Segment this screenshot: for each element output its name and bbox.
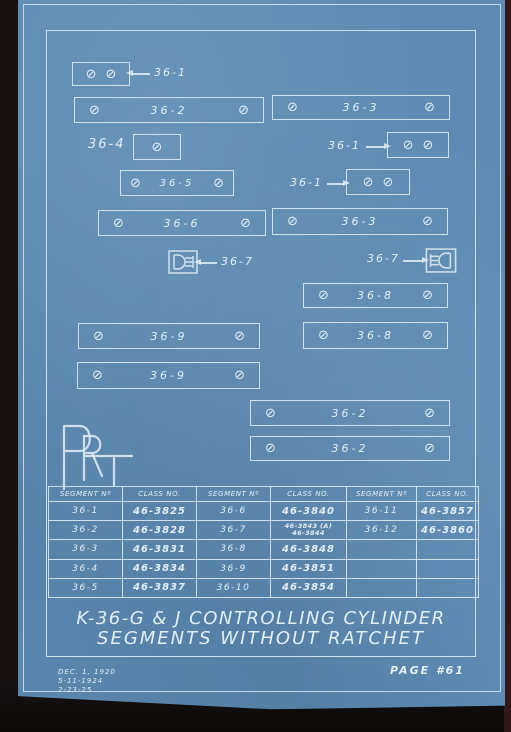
bolt-hole-icon: ⊘: [240, 217, 251, 230]
segment-bar-36-9: ⊘ 36-9 ⊘: [78, 323, 260, 349]
callout-36-4: 36-4: [88, 137, 126, 152]
bolt-hole-icon: ⊘: [92, 369, 103, 382]
segment-no: 36-4: [49, 559, 123, 578]
class-no: 46-3843 (A) 46-3844: [271, 521, 347, 540]
segment-bar-36-2: ⊘ 36-2 ⊘: [250, 436, 450, 461]
bolt-hole-icon: ⊘: [318, 289, 329, 302]
segment-end-piece: ⊘ ⊘: [387, 132, 449, 158]
class-no: 46-3825: [123, 502, 197, 521]
bolt-hole-icon: ⊘: [93, 330, 104, 343]
bolt-hole-icon: ⊘: [363, 176, 374, 189]
table-row: 36-3 46-3831 36-8 46-3848: [49, 540, 479, 559]
bolt-hole-icon: ⊘: [89, 104, 100, 117]
revision-date: 5-11-1924: [58, 677, 116, 686]
leader-arrow: [132, 73, 150, 75]
callout-36-1: 36-1: [154, 66, 187, 79]
segment-label: 36-8: [329, 289, 422, 302]
segment-label: 36-3: [298, 215, 422, 228]
drawing-title: K-36-G & J CONTROLLING CYLINDER SEGMENTS…: [46, 609, 476, 649]
class-no: 46-3834: [123, 559, 197, 578]
segment-bar-36-2: ⊘ 36-2 ⊘: [250, 400, 450, 426]
segment-no: 36-7: [197, 521, 271, 540]
col-header: CLASS NO.: [123, 487, 197, 502]
segment-label: 36-5: [141, 178, 213, 189]
segment-no: 36-12: [347, 521, 417, 540]
callout-36-1: 36-1: [328, 139, 361, 152]
segment-bar-36-5: ⊘ 36-5 ⊘: [120, 170, 234, 196]
bolt-hole-icon: ⊘: [86, 68, 97, 81]
segment-label: 36-3: [298, 101, 424, 114]
segment-label: 36-6: [124, 217, 240, 230]
segment-bar-36-3: ⊘ 36-3 ⊘: [272, 95, 450, 120]
leader-arrow: [366, 146, 385, 148]
table-row: 36-1 46-3825 36-6 46-3840 36-11 46-3857: [49, 502, 479, 521]
bolt-hole-icon: ⊘: [265, 407, 276, 420]
table-row: 36-5 46-3837 36-10 46-3854: [49, 578, 479, 597]
col-header: SEGMENT Nº: [347, 487, 417, 502]
segment-label: 36-8: [329, 329, 422, 342]
title-line-1: K-36-G & J CONTROLLING CYLINDER: [46, 609, 476, 629]
segment-label: 36-9: [103, 369, 234, 382]
segment-no: [347, 559, 417, 578]
segment-no: 36-6: [197, 502, 271, 521]
segment-label: 36-2: [276, 442, 424, 455]
segment-no: 36-3: [49, 540, 123, 559]
segment-no: 36-9: [197, 559, 271, 578]
class-no: 46-3854: [271, 578, 347, 597]
bolt-hole-icon: ⊘: [234, 369, 245, 382]
bolt-hole-icon: ⊘: [130, 177, 141, 190]
segment-no: 36-1: [49, 502, 123, 521]
bolt-hole-icon: ⊘: [422, 215, 433, 228]
segment-end-piece: ⊘ ⊘: [72, 62, 130, 86]
col-header: CLASS NO.: [271, 487, 347, 502]
bolt-hole-icon: ⊘: [238, 104, 249, 117]
leader-arrow: [403, 260, 423, 262]
bolt-hole-icon: ⊘: [423, 139, 434, 152]
segment-label: 36-2: [100, 104, 238, 117]
class-no: 46-3828: [123, 521, 197, 540]
segment-bar-36-2: ⊘ 36-2 ⊘: [74, 97, 264, 123]
leader-arrow: [327, 183, 344, 185]
bolt-hole-icon: ⊘: [424, 101, 435, 114]
class-no: 46-3857: [417, 502, 479, 521]
bolt-hole-icon: ⊘: [318, 329, 329, 342]
callout-36-1: 36-1: [290, 176, 323, 189]
table-row: 36-2 46-3828 36-7 46-3843 (A) 46-3844 36…: [49, 521, 479, 540]
segment-end-piece-36-4: ⊘: [133, 134, 181, 160]
segment-class-table: SEGMENT Nº CLASS NO. SEGMENT Nº CLASS NO…: [48, 486, 479, 598]
bolt-hole-icon: ⊘: [422, 329, 433, 342]
class-no: [417, 540, 479, 559]
leader-arrow: [200, 262, 217, 264]
class-no: 46-3831: [123, 540, 197, 559]
segment-bar-36-6: ⊘ 36-6 ⊘: [98, 210, 266, 236]
segment-no: [347, 540, 417, 559]
bolt-hole-icon: ⊘: [424, 442, 435, 455]
bolt-hole-icon: ⊘: [422, 289, 433, 302]
col-header: SEGMENT Nº: [49, 487, 123, 502]
segment-bar-36-8: ⊘ 36-8 ⊘: [303, 283, 448, 308]
bolt-hole-icon: ⊘: [106, 68, 117, 81]
segment-label: 36-9: [104, 330, 234, 343]
table-header-row: SEGMENT Nº CLASS NO. SEGMENT Nº CLASS NO…: [49, 487, 479, 502]
class-no: [417, 559, 479, 578]
col-header: SEGMENT Nº: [197, 487, 271, 502]
revision-date: 2-23-25: [58, 686, 116, 695]
photo-right-edge: [504, 0, 511, 732]
title-line-2: SEGMENTS WITHOUT RATCHET: [46, 629, 476, 649]
callout-36-7: 36-7: [221, 255, 254, 268]
segment-end-piece: ⊘ ⊘: [346, 169, 410, 195]
bolt-hole-icon: ⊘: [113, 217, 124, 230]
segment-bar-36-9: ⊘ 36-9 ⊘: [77, 362, 260, 389]
col-header: CLASS NO.: [417, 487, 479, 502]
class-no: 46-3840: [271, 502, 347, 521]
bolt-hole-icon: ⊘: [383, 176, 394, 189]
class-no: 46-3860: [417, 521, 479, 540]
segment-no: [347, 578, 417, 597]
page-number: PAGE #61: [390, 664, 465, 677]
segment-no: 36-10: [197, 578, 271, 597]
segment-bar-36-3: ⊘ 36-3 ⊘: [272, 208, 448, 235]
callout-36-7: 36-7: [367, 252, 400, 265]
class-no: 46-3851: [271, 559, 347, 578]
bolt-hole-icon: ⊘: [424, 407, 435, 420]
table-row: 36-4 46-3834 36-9 46-3851: [49, 559, 479, 578]
segment-no: 36-11: [347, 502, 417, 521]
bolt-hole-icon: ⊘: [213, 177, 224, 190]
revision-date: DEC. 1, 1920: [58, 668, 116, 677]
segment-no: 36-2: [49, 521, 123, 540]
blueprint-paper: ⊘ ⊘ 36-1 ⊘ 36-2 ⊘ ⊘ 36-3 ⊘ 36-4 ⊘ 36-1 ⊘…: [18, 0, 505, 732]
revision-dates: DEC. 1, 1920 5-11-1924 2-23-25: [58, 668, 116, 695]
bolt-hole-icon: ⊘: [265, 442, 276, 455]
class-no: 46-3837: [123, 578, 197, 597]
segment-no: 36-5: [49, 578, 123, 597]
prt-logo: [56, 423, 140, 493]
class-no: [417, 578, 479, 597]
segment-no: 36-8: [197, 540, 271, 559]
class-no: 46-3848: [271, 540, 347, 559]
bolt-hole-icon: ⊘: [287, 101, 298, 114]
segment-label: 36-2: [276, 407, 424, 420]
bolt-hole-icon: ⊘: [234, 330, 245, 343]
bolt-hole-icon: ⊘: [287, 215, 298, 228]
bolt-hole-icon: ⊘: [403, 139, 414, 152]
pawl-detail-36-7: [425, 248, 457, 277]
bolt-hole-icon: ⊘: [152, 141, 163, 154]
segment-bar-36-8: ⊘ 36-8 ⊘: [303, 322, 448, 349]
